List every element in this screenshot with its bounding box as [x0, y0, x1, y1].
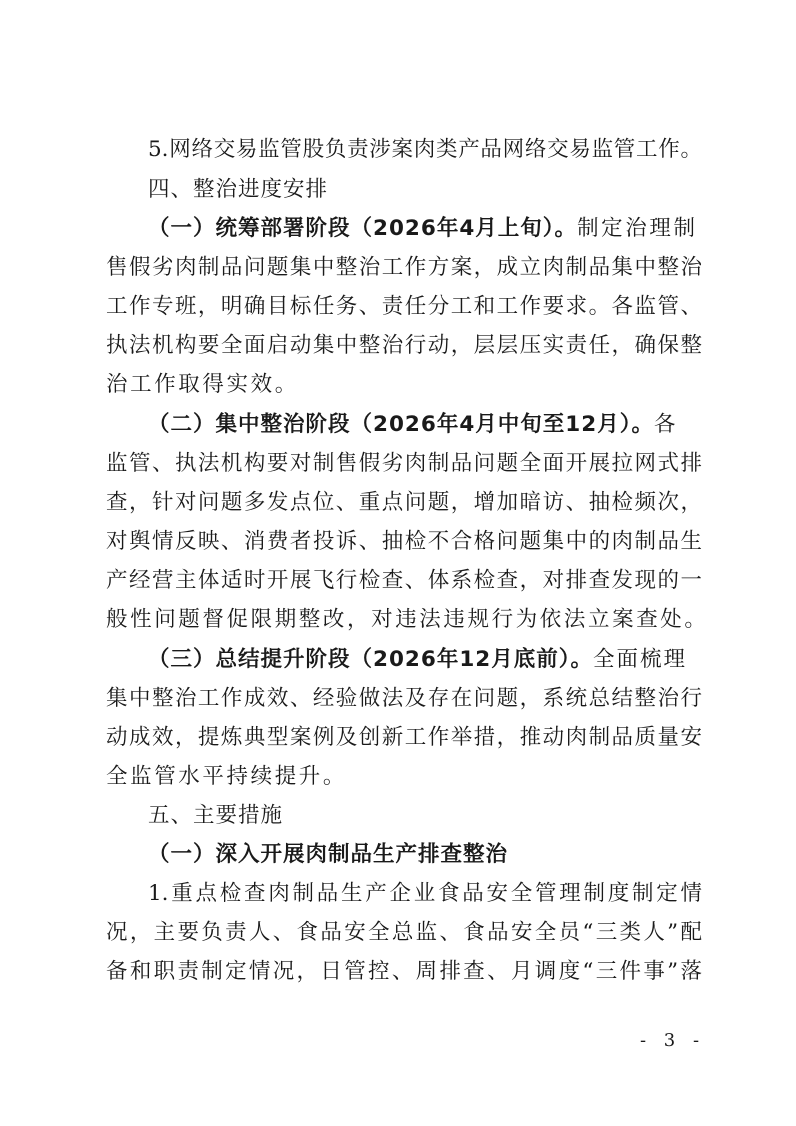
paragraph-line: 况，主要负责人、食品安全总监、食品安全员“三类人”配: [106, 918, 702, 948]
phase-3-line: （三）总结提升阶段（2026年12月底前）。全面梳理: [148, 645, 702, 675]
page-number: - 3 -: [640, 1030, 705, 1051]
paragraph-line: 治工作取得实效。: [106, 370, 702, 400]
paragraph-line: 执法机构要全面启动集中整治行动，层层压实责任，确保整: [106, 331, 702, 361]
subsection-heading: （一）深入开展肉制品生产排查整治: [148, 840, 702, 870]
phase-2-lead: （二）集中整治阶段（2026年4月中旬至12月）。: [148, 412, 654, 437]
phase-3-lead: （三）总结提升阶段（2026年12月底前）。: [148, 647, 593, 672]
paragraph-line: 5.网络交易监管股负责涉案肉类产品网络交易监管工作。: [148, 135, 702, 165]
paragraph-line: 售假劣肉制品问题集中整治工作方案，成立肉制品集中整治: [106, 253, 702, 283]
section-heading-4: 四、整治进度安排: [148, 175, 702, 205]
phase-3-text: 全面梳理: [593, 647, 687, 672]
paragraph-line: 集中整治工作成效、经验做法及存在问题，系统总结整治行: [106, 684, 702, 714]
phase-2-text: 各: [654, 412, 676, 437]
phase-1-lead: （一）统筹部署阶段（2026年4月上旬）。: [148, 216, 577, 241]
paragraph-line: 查，针对问题多发点位、重点问题，增加暗访、抽检频次，: [106, 488, 702, 518]
paragraph-line: 全监管水平持续提升。: [106, 762, 702, 792]
paragraph-line: 般性问题督促限期整改，对违法违规行为依法立案查处。: [106, 605, 702, 635]
section-heading-5: 五、主要措施: [148, 801, 702, 831]
paragraph-line: 工作专班，明确目标任务、责任分工和工作要求。各监管、: [106, 292, 702, 322]
phase-1-line: （一）统筹部署阶段（2026年4月上旬）。制定治理制: [148, 214, 702, 244]
document-page: 5.网络交易监管股负责涉案肉类产品网络交易监管工作。 四、整治进度安排 （一）统…: [0, 0, 796, 1126]
paragraph-line: 动成效，提炼典型案例及创新工作举措，推动肉制品质量安: [106, 723, 702, 753]
paragraph-line: 1.重点检查肉制品生产企业食品安全管理制度制定情: [148, 879, 702, 909]
phase-2-line: （二）集中整治阶段（2026年4月中旬至12月）。各: [148, 410, 702, 440]
paragraph-line: 备和职责制定情况，日管控、周排查、月调度“三件事”落: [106, 957, 702, 987]
paragraph-line: 产经营主体适时开展飞行检查、体系检查，对排查发现的一: [106, 566, 702, 596]
paragraph-line: 对舆情反映、消费者投诉、抽检不合格问题集中的肉制品生: [106, 527, 702, 557]
paragraph-line: 监管、执法机构要对制售假劣肉制品问题全面开展拉网式排: [106, 449, 702, 479]
phase-1-text: 制定治理制: [577, 216, 698, 241]
